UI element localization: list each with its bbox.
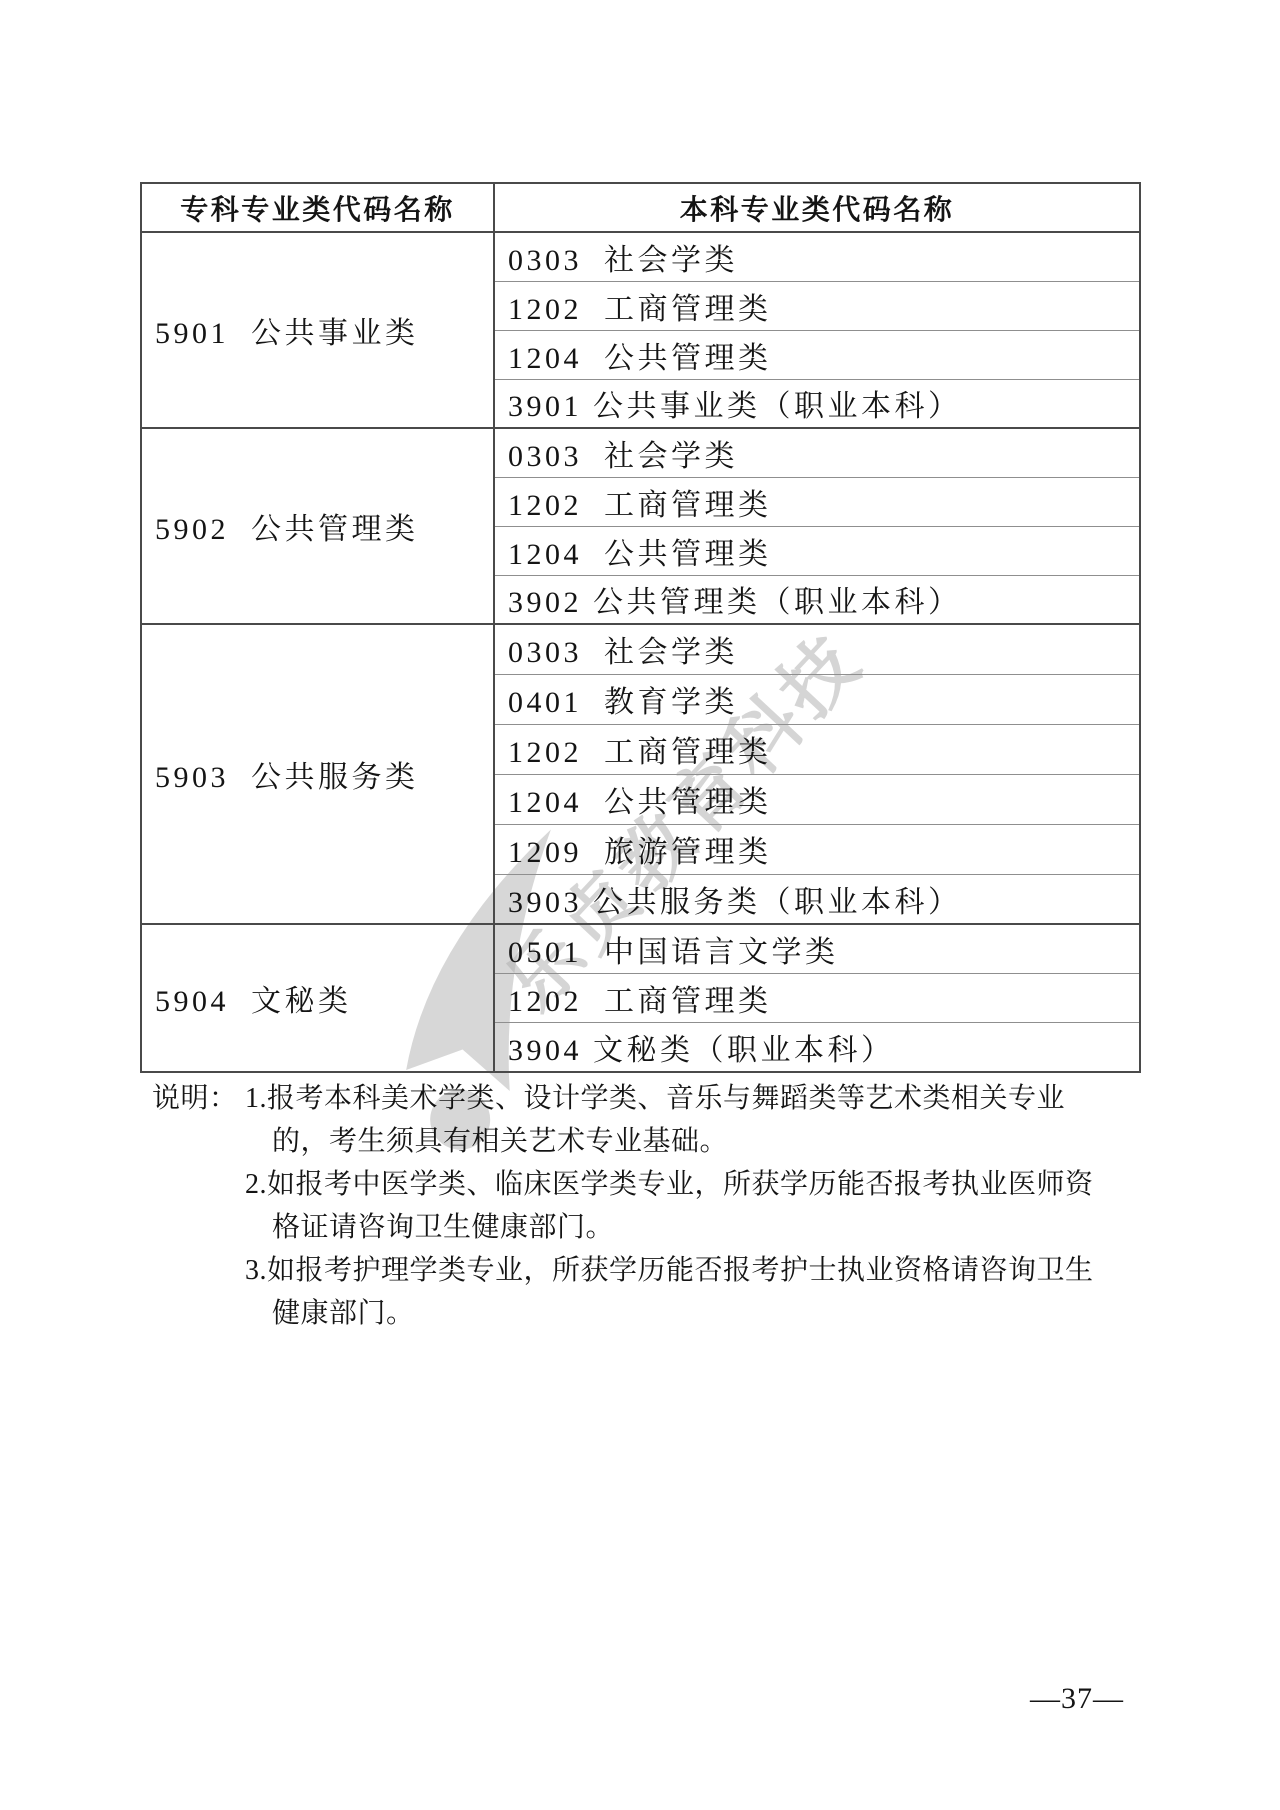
note-text: 健康部门。 <box>245 1292 1094 1335</box>
note-text: 的，考生须具有相关艺术专业基础。 <box>245 1120 1094 1163</box>
table-row: 5901 公共事业类 0303 社会学类 <box>141 232 1140 281</box>
note-text: 3.如报考护理学类专业，所获学历能否报考护士执业资格请咨询卫生 <box>245 1249 1094 1292</box>
notes-label: 说明： <box>152 1077 245 1335</box>
major-category-cell: 5902 公共管理类 <box>141 428 494 624</box>
major-category-cell: 5901 公共事业类 <box>141 232 494 428</box>
note-text: 2.如报考中医学类、临床医学类专业，所获学历能否报考执业医师资 <box>245 1163 1094 1206</box>
undergrad-category-cell: 1202 工商管理类 <box>494 973 1140 1022</box>
undergrad-category-cell: 0303 社会学类 <box>494 428 1140 477</box>
column-header-zhuanke: 专科专业类代码名称 <box>141 183 494 232</box>
undergrad-category-cell: 1202 工商管理类 <box>494 724 1140 774</box>
undergrad-category-cell: 1204 公共管理类 <box>494 526 1140 575</box>
undergrad-category-cell: 3901 公共事业类（职业本科） <box>494 379 1140 428</box>
undergrad-category-cell: 1202 工商管理类 <box>494 281 1140 330</box>
page-content: 专科专业类代码名称 本科专业类代码名称 5901 公共事业类 0303 社会学类… <box>0 0 1280 1810</box>
undergrad-category-cell: 0303 社会学类 <box>494 624 1140 674</box>
undergrad-category-cell: 1204 公共管理类 <box>494 774 1140 824</box>
document-page: 乐贞教育科技 专科专业类代码名称 本科专业类代码名称 5901 公共事业类 03… <box>0 0 1280 1810</box>
table-row: 5903 公共服务类 0303 社会学类 <box>141 624 1140 674</box>
undergrad-category-cell: 1202 工商管理类 <box>494 477 1140 526</box>
table-row: 5902 公共管理类 0303 社会学类 <box>141 428 1140 477</box>
note-item-2: 2.如报考中医学类、临床医学类专业，所获学历能否报考执业医师资 格证请咨询卫生健… <box>245 1163 1094 1249</box>
undergrad-category-cell: 3902 公共管理类（职业本科） <box>494 575 1140 624</box>
major-category-cell: 5904 文秘类 <box>141 924 494 1072</box>
table-row: 5904 文秘类 0501 中国语言文学类 <box>141 924 1140 973</box>
note-item-1: 1.报考本科美术学类、设计学类、音乐与舞蹈类等艺术类相关专业 的，考生须具有相关… <box>245 1077 1094 1163</box>
major-category-cell: 5903 公共服务类 <box>141 624 494 924</box>
page-number: —37— <box>1030 1682 1124 1716</box>
undergrad-category-cell: 1204 公共管理类 <box>494 330 1140 379</box>
notes-section: 说明： 1.报考本科美术学类、设计学类、音乐与舞蹈类等艺术类相关专业 的，考生须… <box>152 1077 1052 1335</box>
undergrad-category-cell: 0303 社会学类 <box>494 232 1140 281</box>
notes-items: 1.报考本科美术学类、设计学类、音乐与舞蹈类等艺术类相关专业 的，考生须具有相关… <box>245 1077 1094 1335</box>
note-text: 格证请咨询卫生健康部门。 <box>245 1206 1094 1249</box>
major-mapping-table: 专科专业类代码名称 本科专业类代码名称 5901 公共事业类 0303 社会学类… <box>140 182 1141 1073</box>
undergrad-category-cell: 1209 旅游管理类 <box>494 824 1140 874</box>
undergrad-category-cell: 3904 文秘类（职业本科） <box>494 1022 1140 1072</box>
undergrad-category-cell: 3903 公共服务类（职业本科） <box>494 874 1140 924</box>
table-header-row: 专科专业类代码名称 本科专业类代码名称 <box>141 183 1140 232</box>
note-text: 1.报考本科美术学类、设计学类、音乐与舞蹈类等艺术类相关专业 <box>245 1077 1094 1120</box>
undergrad-category-cell: 0501 中国语言文学类 <box>494 924 1140 973</box>
undergrad-category-cell: 0401 教育学类 <box>494 674 1140 724</box>
note-item-3: 3.如报考护理学类专业，所获学历能否报考护士执业资格请咨询卫生 健康部门。 <box>245 1249 1094 1335</box>
column-header-benke: 本科专业类代码名称 <box>494 183 1140 232</box>
